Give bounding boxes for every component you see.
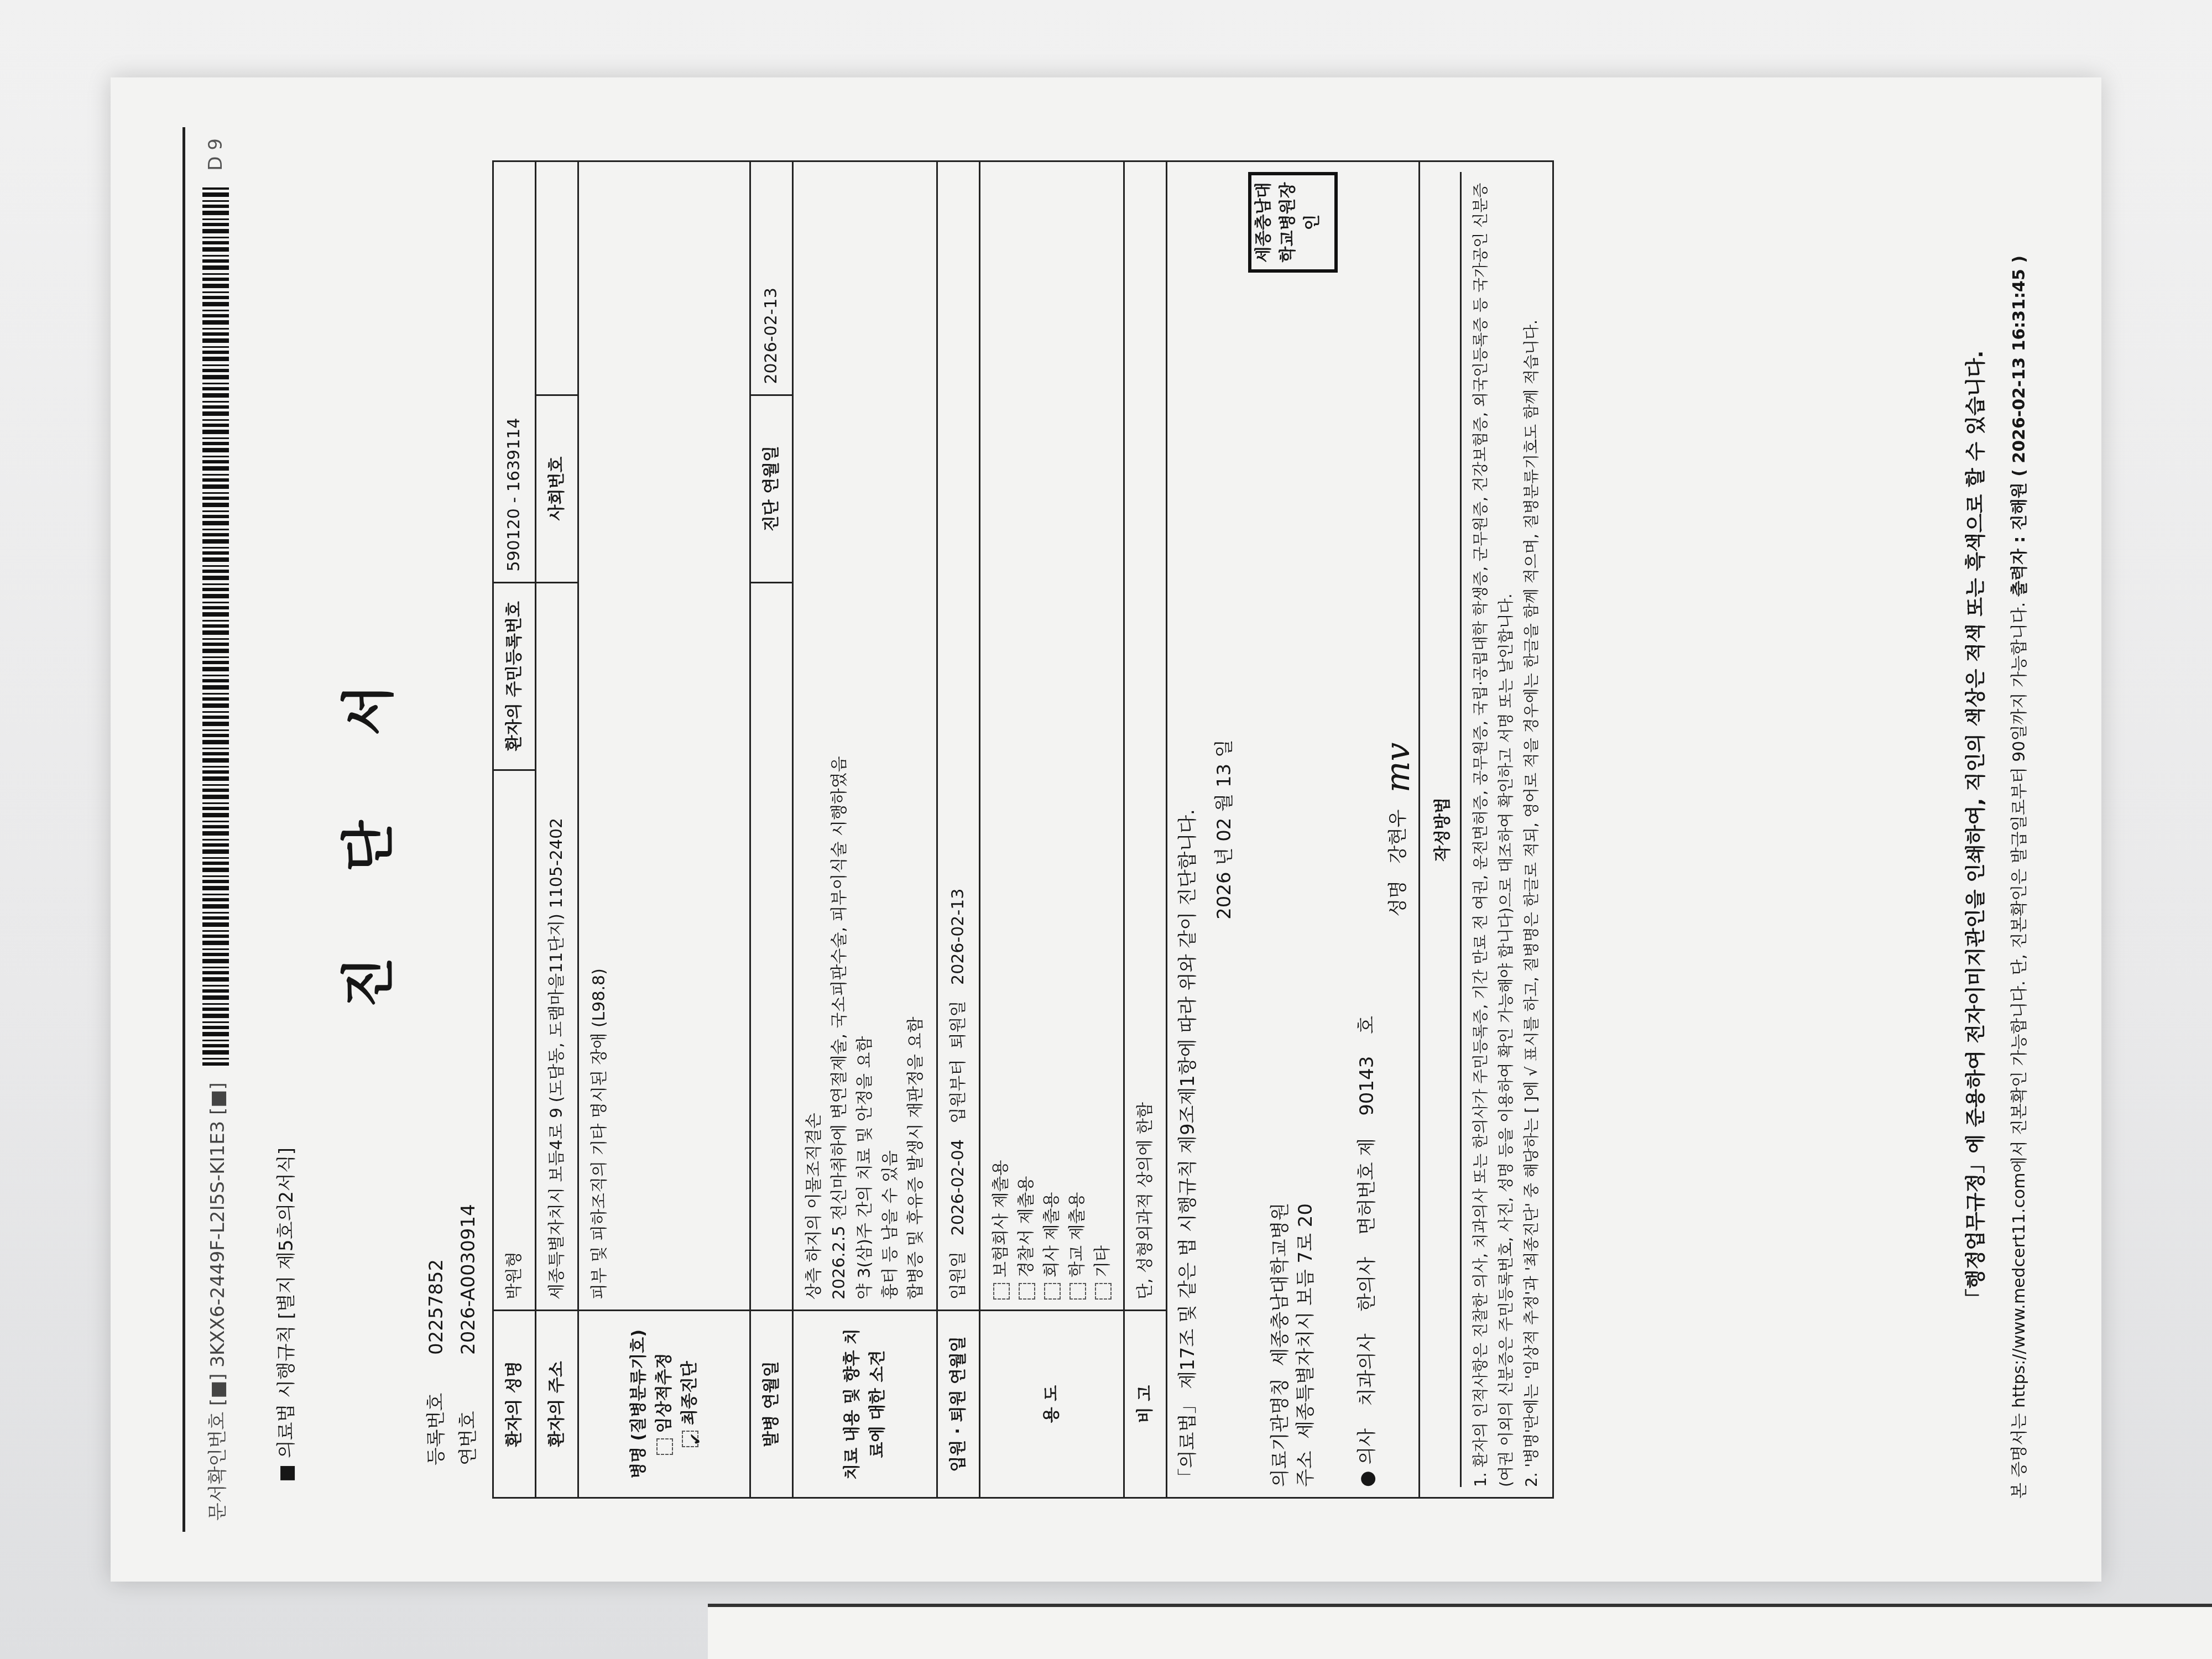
purpose-row: 용 도 보험회사 제출용 경찰서 제출용 회사 제출용 학교 제출용 기타	[980, 161, 1124, 1498]
checkbox-company	[1044, 1283, 1061, 1300]
checkbox-school	[1070, 1283, 1086, 1300]
diagnosis-label: 병명 (질병분류기호)	[626, 1321, 651, 1487]
onset-row: 발병 연월일 진단 연월일 2026-02-13	[750, 161, 793, 1498]
diagnosis-value: 피부 및 피하조직의 기타 명시된 장애 (L98.8)	[578, 161, 750, 1311]
patient-name-label: 환자의 성명	[493, 1311, 536, 1498]
registration-number: 02257852	[425, 1259, 447, 1355]
notes-title: 작성방법	[1430, 172, 1462, 1487]
top-rule	[182, 127, 185, 1532]
writing-instructions: 작성방법 1. 환자의 인적사항은 진찰한 의사, 치과의사 또는 한의사가 주…	[1420, 161, 1553, 1498]
checkbox-insurance	[993, 1283, 1010, 1300]
barcode	[202, 187, 229, 1066]
registration-label: 등록번호	[420, 1355, 452, 1465]
document-header: 문서확인번호 [■] 3KXX6-2449F-L2I5S-KI1E3 [■] D…	[199, 138, 232, 1521]
onset-label: 발병 연월일	[750, 1311, 793, 1498]
onset-value	[750, 582, 793, 1310]
printed-by: 출력자 : 진해원 ( 2026-02-13 16:31:45 )	[2010, 255, 2029, 597]
medical-certificate-page: 문서확인번호 [■] 3KXX6-2449F-L2I5S-KI1E3 [■] D…	[111, 77, 2101, 1582]
certificate-table: 환자의 성명 박원형 환자의 주민등록번호 590120 - 1639114 환…	[492, 160, 1554, 1499]
phone-label: 사회번호	[536, 395, 578, 582]
serial-number: 2026-A0030914	[457, 1204, 479, 1355]
patient-name-row: 환자의 성명 박원형 환자의 주민등록번호 590120 - 1639114	[493, 161, 536, 1498]
remarks-row: 비 고 단, 성형외과적 상의에 한함	[1124, 161, 1167, 1498]
legal-statement: 「의료법」 제17조 및 같은 법 시행규칙 제9조제1항에 따라 위와 같이 …	[1175, 172, 1201, 1487]
issue-date: 2026 년 02 월 13 일	[1212, 172, 1237, 1487]
remarks-value: 단, 성형외과적 상의에 한함	[1124, 161, 1167, 1311]
patient-address-row: 환자의 주소 세종특별자치시 보듬4로 9 (도담동, 도램마을11단지) 11…	[536, 161, 578, 1498]
id-block: 등록번호02257852 연번호2026-A0030914	[420, 1204, 484, 1465]
treatment-label: 치료 내용 및 향후 치료에 대한 소견	[793, 1311, 937, 1498]
doctor-name: 강현우	[1385, 809, 1411, 864]
license-number: 90143	[1354, 1056, 1380, 1116]
diagnosis-label-cell: 병명 (질병분류기호) 임상적추정 최종진단	[578, 1311, 750, 1498]
hospital-seal-stamp: 세종충남대학교병원장인	[1248, 172, 1338, 273]
statement-row: 「의료법」 제17조 및 같은 법 시행규칙 제9조제1항에 따라 위와 같이 …	[1167, 161, 1420, 1498]
patient-rrn: 590120 - 1639114	[493, 161, 536, 583]
treatment-row: 치료 내용 및 향후 치료에 대한 소견 상측 하지의 이물조직결손 2026.…	[793, 161, 937, 1498]
patient-name: 박원형	[493, 770, 536, 1310]
verification-notice: 본 증명서는 https://www.medcert11.com에서 진본확인 …	[2005, 160, 2030, 1499]
statement-block: 「의료법」 제17조 및 같은 법 시행규칙 제9조제1항에 따라 위와 같이 …	[1167, 161, 1420, 1498]
document-title: 진 단 서	[326, 127, 402, 1532]
diagnosis-option-clinical: 임상적추정	[651, 1321, 677, 1487]
diagnosis-date-label: 진단 연월일	[750, 395, 793, 582]
treatment-opinion: 상측 하지의 이물조직결손 2026.2.5 전신마취하에 변연절제술, 국소피…	[793, 161, 937, 1311]
purpose-label: 용 도	[980, 1311, 1124, 1498]
patient-address: 세종특별자치시 보듬4로 9 (도담동, 도램마을11단지) 1105-2402	[536, 582, 578, 1310]
checkbox-other	[1095, 1283, 1112, 1300]
checkbox-police	[1019, 1283, 1035, 1300]
purpose-options: 보험회사 제출용 경찰서 제출용 회사 제출용 학교 제출용 기타	[980, 161, 1124, 1311]
doctor-type-dentist: 치과의사	[1354, 1333, 1380, 1406]
note-item: 2. '병명'란에는 '임상적 추정'과 '최종진단' 중 해당하는 [ ]에 …	[1519, 172, 1545, 1487]
admission-row: 입원 · 퇴원 연월일 입원일 2026-02-04 입원부터 퇴원일 2026…	[937, 161, 980, 1498]
serial-label: 연번호	[452, 1355, 484, 1465]
diagnosis-option-final: 최종진단	[677, 1321, 702, 1487]
admission-label: 입원 · 퇴원 연월일	[937, 1311, 980, 1498]
doctor-type-oriental: 한의사	[1354, 1257, 1380, 1312]
discharge-date: 2026-02-13	[948, 889, 968, 985]
diagnosis-row: 병명 (질병분류기호) 임상적추정 최종진단 피부 및 피하조직의 기타 명시된…	[578, 161, 750, 1498]
notes-row: 작성방법 1. 환자의 인적사항은 진찰한 의사, 치과의사 또는 한의사가 주…	[1420, 161, 1553, 1498]
checkbox-final-checked	[682, 1431, 698, 1447]
phone-value	[536, 161, 578, 395]
seal-notice: 「행정업무규정」에 준용하여 전자이미지관인을 인쇄하여, 직인의 색상은 적색…	[1960, 160, 1989, 1499]
doctor-type-physician: ● 의사	[1354, 1428, 1380, 1487]
admission-dates: 입원일 2026-02-04 입원부터 퇴원일 2026-02-13	[937, 161, 980, 1311]
patient-address-label: 환자의 주소	[536, 1311, 578, 1498]
diagnosis-date: 2026-02-13	[750, 161, 793, 395]
form-legal-basis: ■ 의료법 시행규칙 [별지 제5호의2서식]	[271, 1147, 298, 1482]
institution-address: 세종특별자치시 보듬 7로 20	[1295, 1203, 1317, 1439]
note-item: 1. 환자의 인적사항은 진찰한 의사, 치과의사 또는 한의사가 주민등록증,…	[1468, 172, 1519, 1487]
admission-date: 2026-02-04	[948, 1139, 968, 1235]
patient-rrn-label: 환자의 주민등록번호	[493, 582, 536, 770]
doctor-signature: mv	[1385, 742, 1411, 792]
document-verification-code: 문서확인번호 [■] 3KXX6-2449F-L2I5S-KI1E3 [■]	[202, 1082, 229, 1521]
desk-edge	[708, 1604, 2212, 1659]
remarks-label: 비 고	[1124, 1311, 1167, 1498]
page-indicator: D 9	[205, 138, 227, 171]
checkbox-clinical	[656, 1438, 673, 1455]
institution-name: 세종충남대학교병원	[1269, 1203, 1291, 1366]
